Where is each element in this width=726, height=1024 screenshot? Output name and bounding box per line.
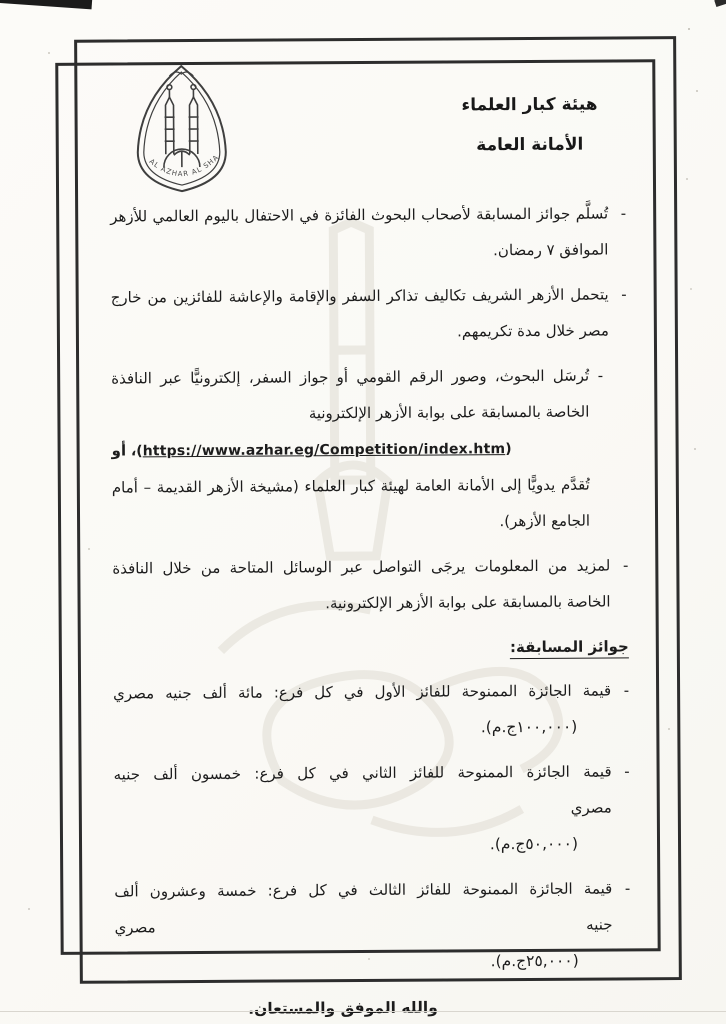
url-close-paren: )،	[131, 443, 143, 459]
bullet-text: لمزيد من المعلومات يرجَى التواصل عبر الو…	[112, 547, 610, 622]
bullet-dash: -	[589, 358, 604, 539]
bullet-text: تُسلَّم جوائز المسابقة لأصحاب البحوث الف…	[110, 195, 608, 270]
prize-text: قيمة الجائزة الممنوحة للفائز الثالث في ك…	[114, 870, 612, 945]
scanned-page: AL AZHAR AL SHARIF هيئة كبار العلماء الأ…	[0, 0, 726, 1024]
prize-text: قيمة الجائزة الممنوحة للفائز الثاني في ك…	[113, 753, 611, 828]
scan-speckles	[688, 28, 690, 30]
bullet-dash: -	[611, 753, 630, 861]
sub-bullet-text-line1: تُرسَل البحوث، وصور الرقم القومي أو جواز…	[111, 358, 589, 433]
closing-line: والله الموفق والمستعان.	[85, 989, 601, 1024]
bullet-dash: -	[612, 870, 631, 978]
prize-amount: (١٠٠,٠٠٠ج.م).	[113, 708, 611, 747]
bullet-item-travel-costs: - يتحمل الأزهر الشريف تكاليف تذاكر السفر…	[111, 276, 627, 351]
sub-bullet-item-submission: - تُرسَل البحوث، وصور الرقم القومي أو جو…	[111, 358, 604, 542]
bullet-dash: -	[608, 195, 626, 267]
prize-item-first: - قيمة الجائزة الممنوحة للفائز الأول في …	[113, 672, 629, 747]
bullet-dash: -	[610, 547, 628, 619]
prize-item-second: - قيمة الجائزة الممنوحة للفائز الثاني في…	[113, 753, 630, 864]
url-open-paren: (	[505, 441, 512, 457]
al-azhar-emblem: AL AZHAR AL SHARIF	[119, 59, 244, 200]
bullet-dash: -	[609, 276, 627, 348]
prize-amount: (٢٥,٠٠٠ج.م).	[115, 942, 613, 981]
bullet-text: يتحمل الأزهر الشريف تكاليف تذاكر السفر و…	[111, 276, 609, 351]
prize-amount: (٥٠,٠٠٠ج.م).	[114, 825, 612, 864]
scan-artifact-bottom-edge	[0, 1011, 726, 1012]
org-department: الأمانة العامة	[420, 124, 640, 165]
sub-bullet-text-line2: تُقدَّم يدويًّا إلى الأمانة العامة لهيئة…	[112, 467, 590, 542]
prizes-heading: جوائز المسابقة:	[113, 628, 629, 667]
competition-url-link[interactable]: https://www.azhar.eg/Competition/index.h…	[143, 441, 506, 459]
or-word: أو	[112, 441, 127, 459]
org-name: هيئة كبار العلماء	[419, 84, 639, 125]
bullet-item-delivery: - تُسلَّم جوائز المسابقة لأصحاب البحوث ا…	[110, 195, 626, 270]
prize-item-third: - قيمة الجائزة الممنوحة للفائز الثالث في…	[114, 870, 631, 981]
document-body: - تُسلَّم جوائز المسابقة لأصحاب البحوث ا…	[110, 195, 631, 1024]
url-line: (https://www.azhar.eg/Competition/index.…	[112, 430, 590, 470]
prize-text: قيمة الجائزة الممنوحة للفائز الأول في كل…	[113, 672, 611, 711]
bullet-dash: -	[611, 672, 629, 744]
bullet-item-more-info: - لمزيد من المعلومات يرجَى التواصل عبر ا…	[112, 547, 628, 622]
